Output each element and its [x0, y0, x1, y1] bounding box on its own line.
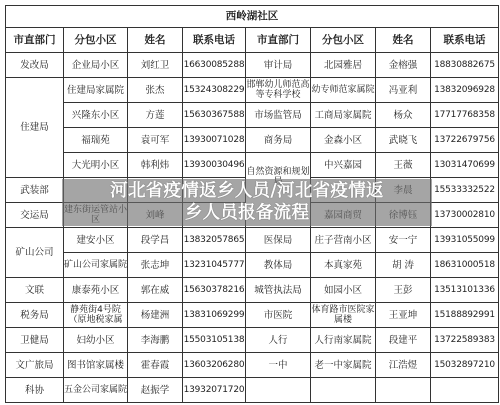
phone-cell: 13231045777 [183, 253, 246, 278]
watermark-banner: 河北省疫情返乡人员/河北省疫情返 乡人员报备流程 [62, 180, 432, 224]
dept-cell [246, 378, 311, 403]
name-cell [376, 378, 431, 403]
phone-cell: 17717768358 [431, 103, 499, 128]
area-cell: 北园雅居 [311, 53, 376, 78]
phone-cell: 15503105138 [183, 328, 246, 353]
col-header-phone: 联系电话 [183, 28, 246, 53]
name-cell: 江浩煜 [376, 353, 431, 378]
name-cell: 霍春霞 [128, 353, 183, 378]
table-row: 矿山公司家属院 张志坤 13231045777 教体局 本真家苑 胡 涛 186… [6, 253, 499, 278]
area-cell [311, 378, 376, 403]
area-cell: 福瑞苑 [64, 128, 128, 153]
area-cell: 中兴嘉园 [311, 153, 376, 178]
phone-cell: 13722679756 [431, 128, 499, 153]
dept-cell: 交运局 [6, 203, 64, 228]
phone-cell: 13832057865 [183, 228, 246, 253]
area-cell: 工商局家属院 [311, 103, 376, 128]
area-cell: 矿山公司家属院 [64, 253, 128, 278]
dept-cell: 卫健局 [6, 328, 64, 353]
phone-cell: 18830882675 [431, 53, 499, 78]
name-cell: 赵振学 [128, 378, 183, 403]
banner-line-2: 乡人员报备流程 [62, 202, 432, 224]
dept-cell: 城管执法局 [246, 278, 311, 303]
name-cell: 王亚坤 [376, 303, 431, 328]
area-cell: 幼专师范家属院 [311, 78, 376, 103]
name-cell: 袁可军 [128, 128, 183, 153]
sheet-title: 西岭湖社区 [6, 6, 499, 28]
col-header-name: 姓名 [128, 28, 183, 53]
table-row: 兴隆东小区 方莲 15630367588 市场监管局 工商局家属院 杨众 177… [6, 103, 499, 128]
name-cell: 杨建洲 [128, 303, 183, 328]
col-header-phone-right: 联系电话 [431, 28, 499, 53]
title-row: 西岭湖社区 [6, 6, 499, 28]
phone-cell: 15533332522 [431, 178, 499, 203]
phone-cell: 15188892991 [431, 303, 499, 328]
phone-cell: 16630085288 [183, 53, 246, 78]
area-cell: 静苑街4号院（原地税家属 [64, 303, 128, 328]
name-cell: 安一宁 [376, 228, 431, 253]
dept-cell: 商务局 [246, 128, 311, 153]
name-cell: 王彭 [376, 278, 431, 303]
dept-cell: 教体局 [246, 253, 311, 278]
name-cell: 张杰 [128, 78, 183, 103]
name-cell: 杨众 [376, 103, 431, 128]
area-cell: 康泰苑小区 [64, 278, 128, 303]
phone-cell: 13932071720 [183, 378, 246, 403]
dept-cell: 一中 [246, 353, 311, 378]
name-cell: 冯亚利 [376, 78, 431, 103]
dept-cell: 发改局 [6, 53, 64, 78]
phone-cell: 13031470699 [431, 153, 499, 178]
area-cell: 五金公司家属院 [64, 378, 128, 403]
phone-cell: 13930071028 [183, 128, 246, 153]
dept-cell: 税务局 [6, 303, 64, 328]
dept-cell: 科协 [6, 378, 64, 403]
table-row: 住建局 住建局家属院 张杰 15324308229 邯郸幼儿师范高等专科学校 幼… [6, 78, 499, 103]
area-cell: 如园小区 [311, 278, 376, 303]
header-row: 市直部门 分包小区 姓名 联系电话 市直部门 分包小区 姓名 联系电话 [6, 28, 499, 53]
col-header-dept: 市直部门 [6, 28, 64, 53]
name-cell: 刘红卫 [128, 53, 183, 78]
name-cell: 韩利炜 [128, 153, 183, 178]
area-cell: 老一中家属院 [311, 353, 376, 378]
dept-cell: 武装部 [6, 178, 64, 203]
dept-cell: 文广旅局 [6, 353, 64, 378]
name-cell: 段建平 [376, 328, 431, 353]
name-cell: 段学昌 [128, 228, 183, 253]
table-row: 文联 康泰苑小区 郭在威 15630378216 城管执法局 如园小区 王彭 1… [6, 278, 499, 303]
table-row: 大光明小区 韩利炜 13930030496 自然资源和规划局 中兴嘉园 王薇 1… [6, 153, 499, 178]
col-header-dept-right: 市直部门 [246, 28, 311, 53]
name-cell: 张志坤 [128, 253, 183, 278]
area-cell: 建安小区 [64, 228, 128, 253]
phone-cell: 13603206280 [183, 353, 246, 378]
table-row: 矿山公司 建安小区 段学昌 13832057865 医保局 庄子营南小区 安一宁… [6, 228, 499, 253]
dept-cell: 矿山公司 [6, 228, 64, 278]
phone-cell: 13931055099 [431, 228, 499, 253]
col-header-name-right: 姓名 [376, 28, 431, 53]
dept-cell: 医保局 [246, 228, 311, 253]
name-cell: 金榕强 [376, 53, 431, 78]
area-cell: 人行南家属院 [311, 328, 376, 353]
dept-cell: 市场监管局 [246, 103, 311, 128]
area-cell: 兴隆东小区 [64, 103, 128, 128]
phone-cell: 13722589383 [431, 328, 499, 353]
phone-cell [431, 378, 499, 403]
area-cell: 住建局家属院 [64, 78, 128, 103]
name-cell: 方莲 [128, 103, 183, 128]
area-cell: 庄子营南小区 [311, 228, 376, 253]
name-cell: 王薇 [376, 153, 431, 178]
phone-cell: 15630378216 [183, 278, 246, 303]
phone-cell: 13930030496 [183, 153, 246, 178]
phone-cell: 15324308229 [183, 78, 246, 103]
area-cell: 金森小区 [311, 128, 376, 153]
name-cell: 胡 涛 [376, 253, 431, 278]
area-cell: 本真家苑 [311, 253, 376, 278]
area-cell: 图书馆家属楼 [64, 353, 128, 378]
table-row: 税务局 静苑街4号院（原地税家属 杨建洲 13831069299 市医院 体育路… [6, 303, 499, 328]
phone-cell: 15032897210 [431, 353, 499, 378]
table-row: 福瑞苑 袁可军 13930071028 商务局 金森小区 武晓飞 1372267… [6, 128, 499, 153]
area-cell: 体育路市医院家属楼 [311, 303, 376, 328]
name-cell: 郭在威 [128, 278, 183, 303]
dept-cell: 市医院 [246, 303, 311, 328]
phone-cell: 13513101336 [431, 278, 499, 303]
name-cell: 李海鹏 [128, 328, 183, 353]
phone-cell: 18631000518 [431, 253, 499, 278]
phone-cell: 13832096928 [431, 78, 499, 103]
col-header-area: 分包小区 [64, 28, 128, 53]
phone-cell: 13831069299 [183, 303, 246, 328]
table-row: 发改局 企业局小区 刘红卫 16630085288 审计局 北园雅居 金榕强 1… [6, 53, 499, 78]
table-row: 卫健局 妇幼小区 李海鹏 15503105138 人行 人行南家属院 段建平 1… [6, 328, 499, 353]
table-row: 科协 五金公司家属院 赵振学 13932071720 [6, 378, 499, 403]
dept-cell: 邯郸幼儿师范高等专科学校 [246, 78, 311, 103]
dept-cell: 人行 [246, 328, 311, 353]
banner-line-1: 河北省疫情返乡人员/河北省疫情返 [62, 180, 432, 202]
dept-cell: 文联 [6, 278, 64, 303]
col-header-area-right: 分包小区 [311, 28, 376, 53]
phone-cell: 13730002810 [431, 203, 499, 228]
area-cell: 大光明小区 [64, 153, 128, 178]
dept-cell: 住建局 [6, 78, 64, 178]
table-row: 文广旅局 图书馆家属楼 霍春霞 13603206280 一中 老一中家属院 江浩… [6, 353, 499, 378]
dept-cell: 审计局 [246, 53, 311, 78]
area-cell: 妇幼小区 [64, 328, 128, 353]
area-cell: 企业局小区 [64, 53, 128, 78]
name-cell: 武晓飞 [376, 128, 431, 153]
phone-cell: 15630367588 [183, 103, 246, 128]
